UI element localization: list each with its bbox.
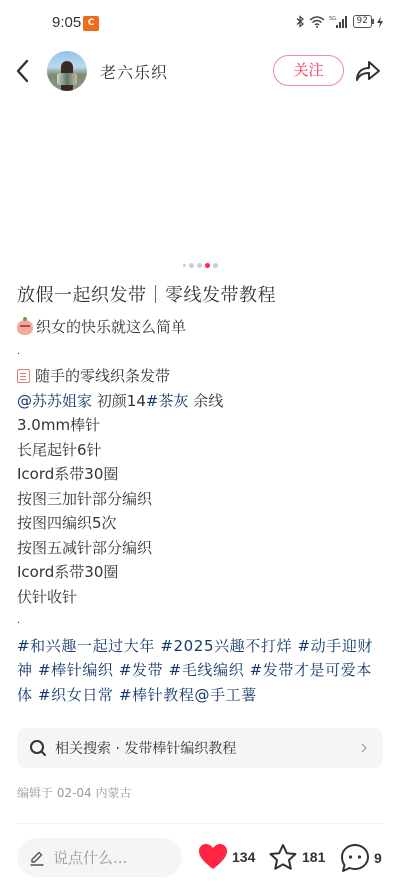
pencil-icon [29,850,45,866]
hashtag-link[interactable]: #棒针编织 [38,661,119,679]
cellular-signal-icon: 5G [329,15,349,28]
like-count: 134 [232,849,255,865]
bluetooth-icon [295,15,305,28]
carousel-dot [183,264,186,267]
like-button[interactable]: 134 [198,843,255,870]
edit-info: 编辑于 02-04 内蒙古 [17,784,132,801]
mention-link[interactable]: @手工薯 [194,686,256,704]
note-line: 长尾起针6针 [17,438,383,463]
charging-icon [376,16,384,28]
share-icon [354,58,382,84]
author-name[interactable]: 老六乐织 [100,60,168,83]
bottom-action-bar: 说点什么... 134 181 9 [0,835,400,881]
comment-placeholder: 说点什么... [53,847,127,868]
carousel-dot [213,263,218,268]
svg-text:5G: 5G [329,16,336,22]
back-button[interactable] [12,58,36,84]
carousel-dot [197,263,202,268]
follow-button[interactable]: 关注 [273,55,344,86]
note-content: 放假一起织发带｜零线发带教程 织女的快乐就这么简单 . 随手的零线织条发带 @苏… [17,282,383,707]
note-body: 织女的快乐就这么简单 . 随手的零线织条发带 @苏苏姐家 初颜14 #茶灰 余线… [17,315,383,634]
note-line: . [17,609,383,634]
chevron-right-icon [359,739,369,757]
related-search-button[interactable]: 相关搜索 · 发带棒针编织教程 [17,728,383,768]
note-text: . [17,340,20,365]
status-bar: 9:05 C 5G 92 [0,0,400,46]
crying-face-emoji-icon [17,320,33,335]
note-line: 3.0mm棒针 [17,413,383,438]
hashtag-link[interactable]: #棒针教程 [119,686,195,704]
status-time: 9:05 [52,14,81,31]
hashtag-link[interactable]: #茶灰 [146,389,189,414]
note-line: 按图三加针部分编织 [17,487,383,512]
share-button[interactable] [354,58,382,84]
battery-indicator: 92 [353,15,372,28]
note-line: 按图四编织5次 [17,511,383,536]
hashtag-link[interactable]: #发带 [119,661,169,679]
collect-count: 181 [302,849,325,865]
hashtag-link[interactable]: #和兴趣一起过大年 [17,637,160,655]
note-line: 按图五减针部分编织 [17,536,383,561]
author-avatar[interactable] [47,51,87,91]
comment-input[interactable]: 说点什么... [17,838,182,877]
hashtag-link[interactable]: #2025兴趣不打烊 [160,637,297,655]
carousel-indicator [0,263,400,268]
search-icon [29,739,47,757]
note-line: . [17,340,383,365]
note-line: 随手的零线织条发带 [17,364,383,389]
mention-link[interactable]: @苏苏姐家 [17,389,92,414]
note-line: @苏苏姐家 初颜14 #茶灰 余线 [17,389,383,414]
memo-emoji-icon [17,369,30,383]
comment-bubble-icon [340,843,370,873]
note-text: . [17,609,20,634]
note-text: 初颜14 [92,389,146,414]
note-line: Icord系带30圈 [17,560,383,585]
note-text: 余线 [188,389,223,414]
chevron-left-icon [12,58,36,84]
note-text: 织女的快乐就这么简单 [36,315,186,340]
comment-button[interactable]: 9 [340,843,382,873]
note-title: 放假一起织发带｜零线发带教程 [17,282,383,310]
comment-count: 9 [374,850,382,866]
note-header: 老六乐织 关注 [0,46,400,98]
collect-button[interactable]: 181 [268,843,325,871]
app-notification-icon: C [83,16,99,31]
hashtag-list: #和兴趣一起过大年 #2025兴趣不打烊 #动手迎财神 #棒针编织 #发带 #毛… [17,634,383,708]
note-line: 伏针收针 [17,585,383,610]
image-carousel[interactable] [0,98,400,274]
divider [17,823,383,824]
status-icons: 5G 92 [295,15,384,28]
related-search-label: 相关搜索 · 发带棒针编织教程 [55,738,236,758]
wifi-icon [309,16,325,28]
note-line: 织女的快乐就这么简单 [17,315,383,340]
star-icon [268,843,298,871]
hashtag-link[interactable]: #毛线编织 [169,661,250,679]
carousel-dot-active [205,263,210,268]
note-line: Icord系带30圈 [17,462,383,487]
hashtag-link[interactable]: #织女日常 [38,686,119,704]
carousel-dot [189,263,194,268]
note-text: 随手的零线织条发带 [35,364,170,389]
heart-icon [198,843,228,870]
